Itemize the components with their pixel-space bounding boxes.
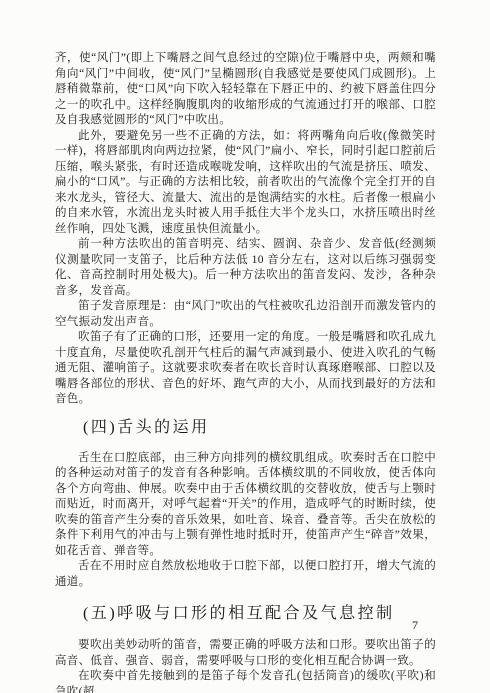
body-paragraph: 要吹出美妙动听的笛音，需要正确的呼吸方法和口形。要吹出笛子的高音、低音、强音、弱… (55, 638, 436, 669)
book-page: 齐，使“风门”(即上下嘴唇之间气息经过的空隙)位于嘴唇中央，两颊和嘴角向“风门”… (0, 0, 490, 693)
body-paragraph: 舌生在口腔底部，由三种方向排列的横纹肌组成。吹奏时舌在口腔中的各种运动对笛子的发… (55, 451, 436, 560)
page-number: 7 (412, 618, 418, 633)
body-paragraph: 前一种方法吹出的笛音明亮、结实、圆润、杂音少、发音低(经测频仪测量吹同一支笛子，… (55, 237, 436, 299)
section-heading-breath-embouchure: (五)呼吸与口形的相互配合及气息控制 (83, 603, 436, 625)
body-paragraph-incomplete: 在吹奏中首先接触到的是笛子每个发音孔(包括筒音)的缓吹(平吹)和急吹(超 (55, 669, 436, 693)
body-paragraph: 舌在不用时应自然放松地收于口腔下部，以便口腔打开，增大气流的通道。 (55, 559, 436, 590)
body-paragraph: 此外，要避免另一些不正确的方法，如：将两嘴角向后收(像微笑时一样)，将唇部肌肉向… (55, 129, 436, 238)
body-paragraph-continuation: 齐，使“风门”(即上下嘴唇之间气息经过的空隙)位于嘴唇中央，两颊和嘴角向“风门”… (55, 51, 436, 129)
section-heading-tongue-usage: (四)舌头的运用 (83, 417, 436, 439)
page-content: 齐，使“风门”(即上下嘴唇之间气息经过的空隙)位于嘴唇中央，两颊和嘴角向“风门”… (55, 51, 436, 693)
body-paragraph: 吹笛子有了正确的口形，还要用一定的角度。一般是嘴唇和吹孔成九十度直角，尽量使吹孔… (55, 330, 436, 408)
body-paragraph: 笛子发音原理是：由“风门”吹出的气柱被吹孔边沿剖开而激发管内的空气振动发出声音。 (55, 299, 436, 330)
